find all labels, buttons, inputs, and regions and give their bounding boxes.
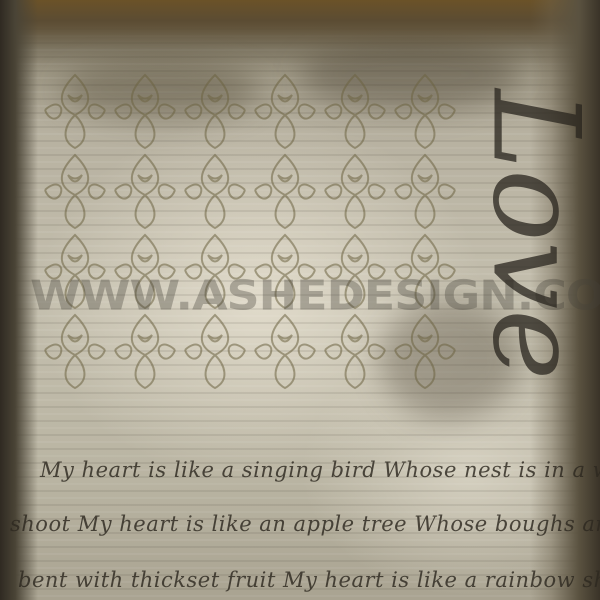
poem-line: My heart is like a singing bird Whose ne… — [40, 458, 600, 482]
damask-pattern — [40, 70, 460, 390]
love-title: Love — [466, 90, 600, 370]
poem-line: shoot My heart is like an apple tree Who… — [10, 512, 600, 536]
grunge-paper-background: WWW.ASHEDESIGN.COM Love My heart is like… — [0, 0, 600, 600]
poem-line: bent with thickset fruit My heart is lik… — [18, 568, 600, 592]
top-edge-shadow — [0, 0, 600, 70]
